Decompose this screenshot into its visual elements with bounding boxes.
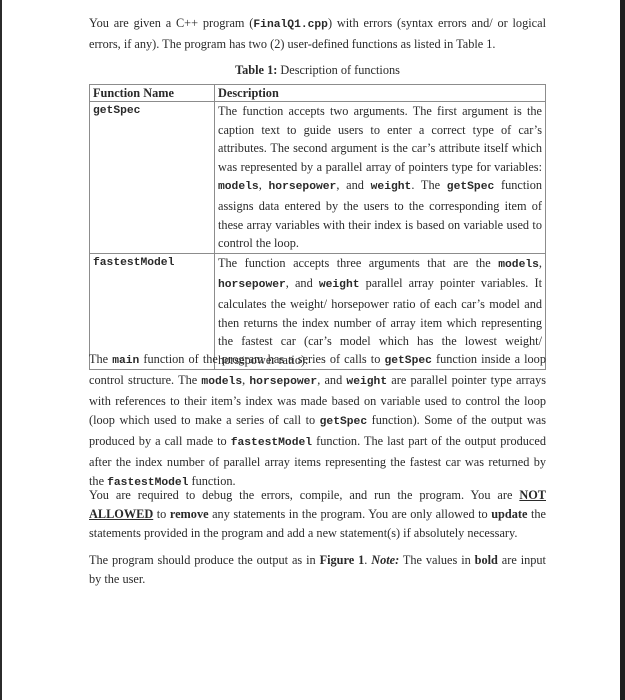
bold-emphasis: bold: [475, 553, 498, 567]
para-text: , and: [317, 373, 346, 387]
code-term: horsepower: [249, 376, 317, 388]
right-page-edge: [620, 0, 625, 700]
code-term: models: [498, 259, 539, 271]
header-description: Description: [215, 85, 546, 102]
remove-emphasis: remove: [170, 507, 209, 521]
desc-text: , and: [286, 276, 319, 290]
code-term: weight: [346, 376, 387, 388]
function-name-cell: getSpec: [90, 102, 215, 254]
function-description-cell: The function accepts two arguments. The …: [215, 102, 546, 254]
code-term: getSpec: [320, 416, 367, 428]
para-text: to: [153, 507, 170, 521]
para-text: The: [89, 352, 112, 366]
para-text: function of the program has a series of …: [139, 352, 384, 366]
table-caption-text: Description of functions: [277, 63, 400, 77]
code-term: getSpec: [447, 181, 494, 193]
desc-text: , and: [336, 178, 370, 192]
code-term: models: [201, 376, 242, 388]
code-term: weight: [371, 181, 412, 193]
desc-text: . The: [411, 178, 446, 192]
table-row: getSpec The function accepts two argumen…: [90, 102, 546, 254]
code-term: weight: [319, 279, 360, 291]
code-term: models: [218, 181, 259, 193]
debug-instructions-paragraph: You are required to debug the errors, co…: [89, 486, 546, 543]
intro-text: You are given a C++ program (: [89, 16, 253, 30]
figure-reference: Figure 1: [320, 553, 365, 567]
desc-text: The function accepts three arguments tha…: [218, 256, 498, 270]
intro-paragraph: You are given a C++ program (FinalQ1.cpp…: [89, 14, 546, 54]
para-text: You are required to debug the errors, co…: [89, 488, 519, 502]
output-instructions-paragraph: The program should produce the output as…: [89, 551, 546, 589]
filename-code: FinalQ1.cpp: [253, 19, 328, 31]
left-page-edge: [0, 0, 2, 700]
desc-text: ,: [259, 178, 269, 192]
code-term: horsepower: [218, 279, 286, 291]
table-header-row: Function Name Description: [90, 85, 546, 102]
code-term: main: [112, 355, 139, 367]
code-term: getSpec: [384, 355, 431, 367]
para-text: any statements in the program. You are o…: [209, 507, 492, 521]
table-caption: Table 1: Description of functions: [89, 62, 546, 78]
update-emphasis: update: [491, 507, 527, 521]
desc-text: The function accepts two arguments. The …: [218, 104, 542, 174]
code-term: fastestModel: [231, 437, 312, 449]
code-term: horsepower: [269, 181, 337, 193]
functions-table: Function Name Description getSpec The fu…: [89, 84, 546, 370]
header-function-name: Function Name: [90, 85, 215, 102]
para-text: The program should produce the output as…: [89, 553, 320, 567]
desc-text: ,: [539, 256, 542, 270]
main-function-paragraph: The main function of the program has a s…: [89, 350, 546, 493]
note-label: Note:: [371, 553, 399, 567]
table-caption-label: Table 1:: [235, 63, 277, 77]
para-text: The values in: [399, 553, 474, 567]
